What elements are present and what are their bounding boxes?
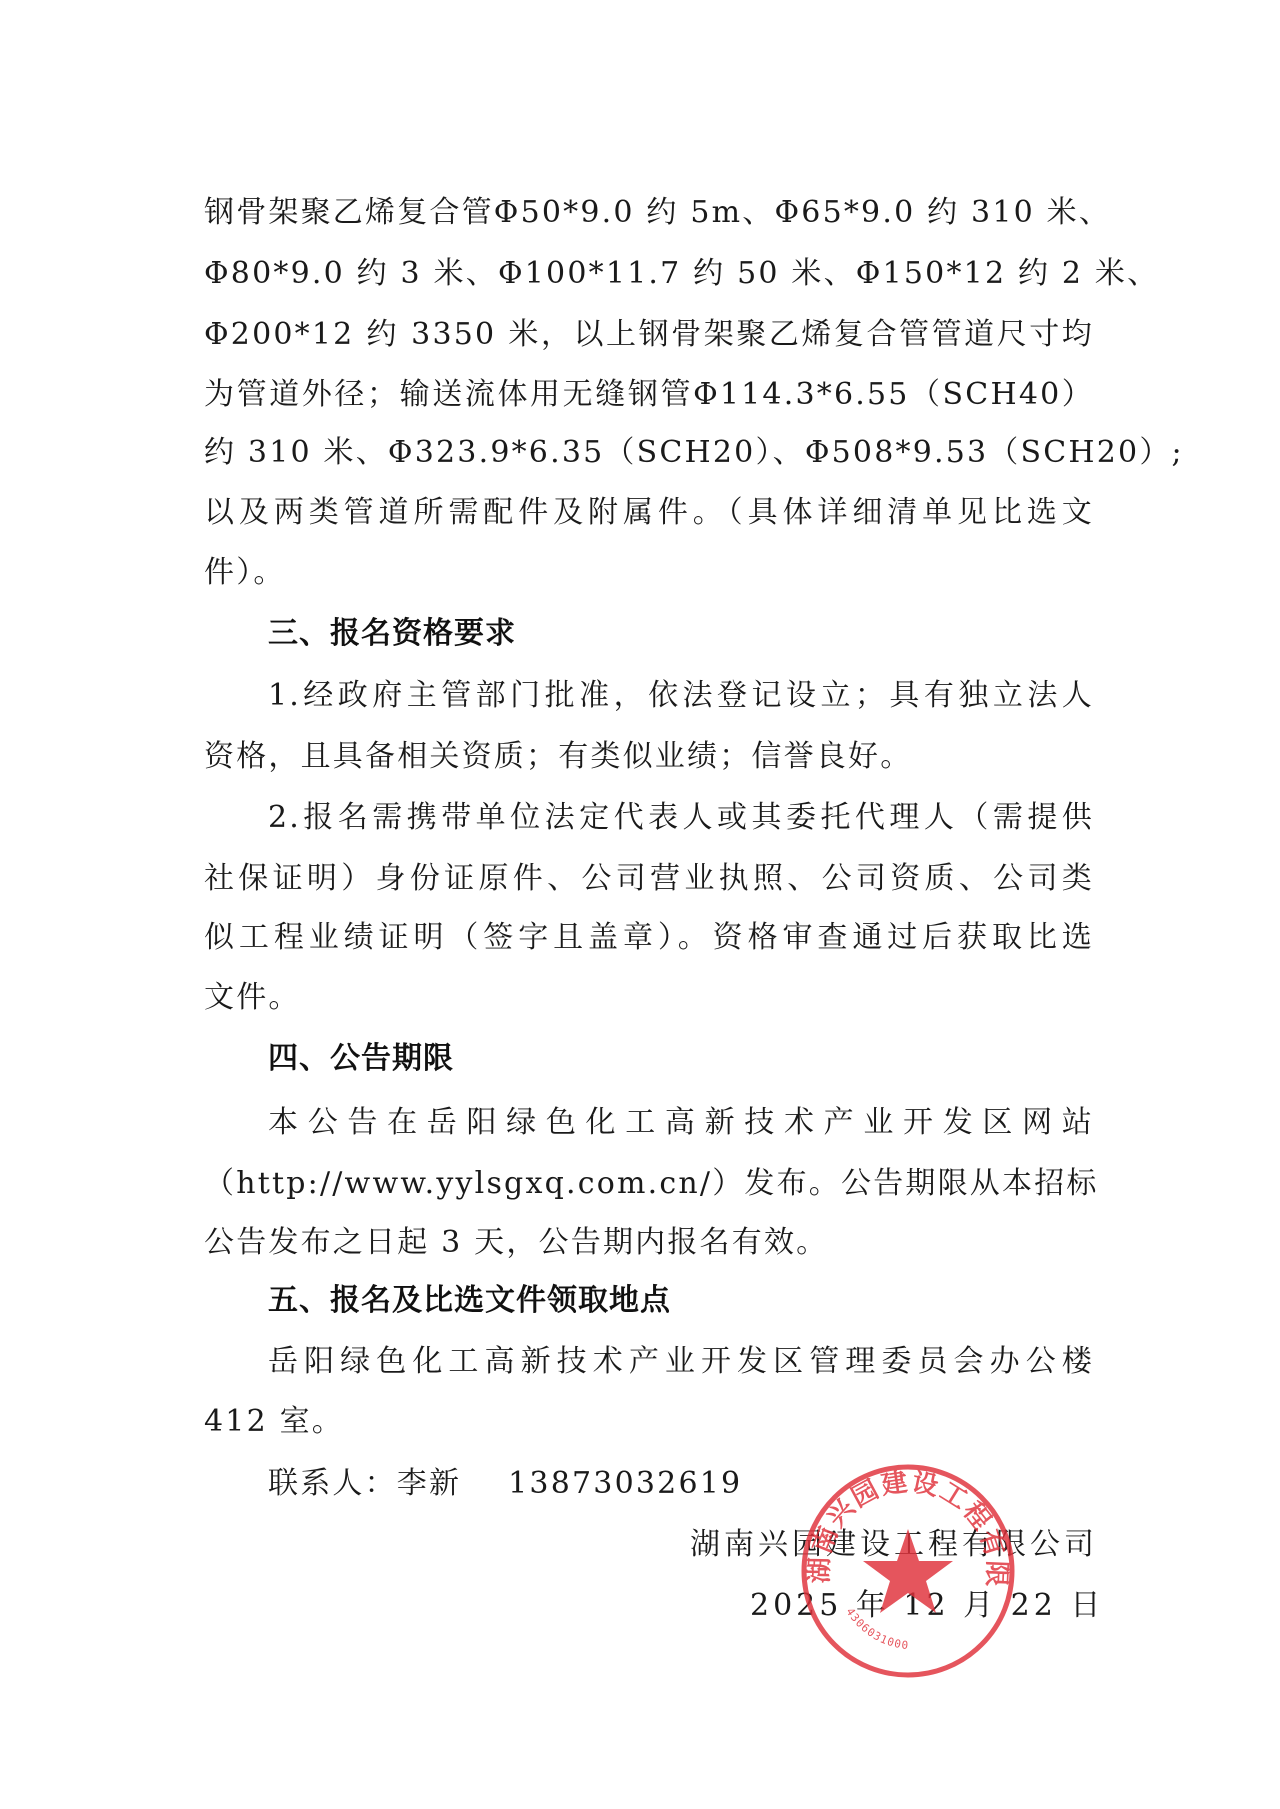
- text-line: 以及两类管道所需配件及附属件。（具体详细清单见比选文: [204, 493, 1094, 533]
- text-line: 本公告在岳阳绿色化工高新技术产业开发区网站: [268, 1103, 1094, 1143]
- text-line: 钢骨架聚乙烯复合管Φ50*9.0 约 5m、Φ65*9.0 约 310 米、: [204, 193, 1094, 233]
- text-line: 2.报名需携带单位法定代表人或其委托代理人（需提供: [268, 798, 1094, 838]
- text-line: （http://www.yylsgxq.com.cn/）发布。公告期限从本招标: [204, 1164, 1094, 1204]
- text-line: 文件。: [204, 978, 1094, 1018]
- text-line: Φ200*12 约 3350 米，以上钢骨架聚乙烯复合管管道尺寸均: [204, 315, 1094, 355]
- company-seal-icon: 湖南兴园建设工程有限公司 430603100010641: [798, 1461, 1018, 1681]
- contact-line: 联系人：李新 13873032619: [268, 1464, 1158, 1504]
- text-line: 为管道外径；输送流体用无缝钢管Φ114.3*6.55（SCH40）: [204, 375, 1094, 415]
- text-line: 公告发布之日起 3 天，公告期内报名有效。: [204, 1223, 1094, 1263]
- section-heading-qualifications: 三、报名资格要求: [268, 614, 516, 654]
- text-line: 1.经政府主管部门批准，依法登记设立；具有独立法人: [268, 676, 1094, 716]
- text-line: 件）。: [204, 553, 1094, 593]
- text-line: 资格，且具备相关资质；有类似业绩；信誉良好。: [204, 737, 1094, 777]
- text-line: 约 310 米、Φ323.9*6.35（SCH20）、Φ508*9.53（SCH…: [204, 433, 1094, 473]
- section-heading-location: 五、报名及比选文件领取地点: [268, 1281, 671, 1321]
- text-line: 似工程业绩证明（签字且盖章）。资格审查通过后获取比选: [204, 918, 1094, 958]
- text-line: 社保证明）身份证原件、公司营业执照、公司资质、公司类: [204, 859, 1094, 899]
- text-line: 岳阳绿色化工高新技术产业开发区管理委员会办公楼: [268, 1342, 1094, 1382]
- text-line: Φ80*9.0 约 3 米、Φ100*11.7 约 50 米、Φ150*12 约…: [204, 254, 1094, 294]
- section-heading-notice-period: 四、公告期限: [268, 1039, 454, 1079]
- text-line: 412 室。: [204, 1402, 1094, 1442]
